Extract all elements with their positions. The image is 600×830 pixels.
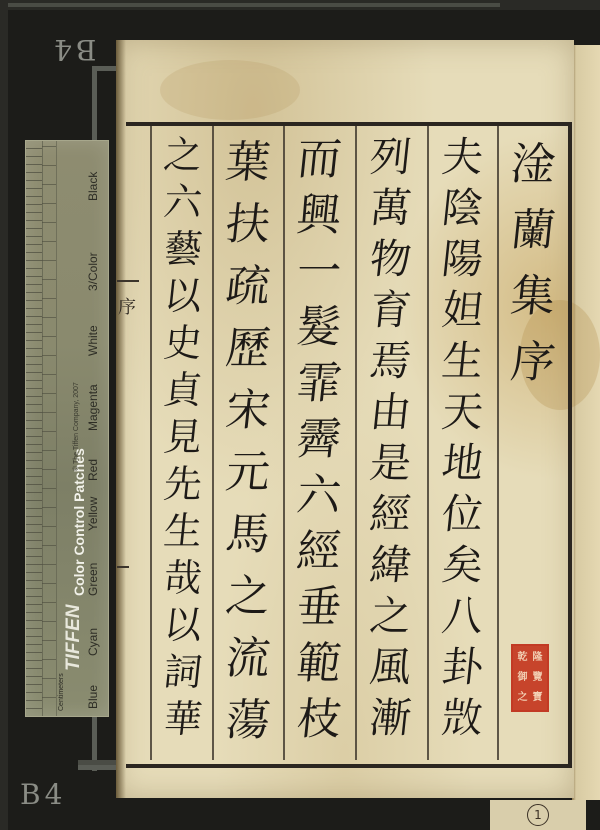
seal-char: 覽 — [530, 668, 545, 688]
calligraphy-char: 扶 — [223, 194, 274, 256]
calligraphy-char: 蕩 — [223, 690, 274, 752]
calligraphy-char: 風 — [367, 642, 413, 693]
calligraphy-char: 六 — [294, 468, 344, 524]
calligraphy-char: 蘭 — [508, 198, 559, 264]
strip-patch-magenta: Magenta — [86, 384, 100, 431]
calligraphy-char: 陰 — [439, 183, 485, 234]
calligraphy-char: 序 — [508, 330, 559, 396]
calligraphy-char: 哉 — [162, 555, 205, 602]
calligraphy-char: 宋 — [223, 380, 274, 442]
calligraphy-char: 之 — [162, 132, 205, 179]
calligraphy-char: 地 — [439, 438, 485, 489]
calligraphy-char: 興 — [294, 188, 344, 244]
page-tab-mark: 1 — [527, 804, 549, 826]
calligraphy-char: 經 — [294, 524, 344, 580]
strip-patch-yellow: Yellow — [86, 497, 100, 531]
background-label-bottom: B4 — [20, 778, 66, 811]
calligraphy-char: 髮 — [294, 300, 344, 356]
strip-patch-blue: Blue — [86, 685, 100, 709]
calligraphy-char: 流 — [223, 628, 274, 690]
calligraphy-char: 焉 — [367, 336, 413, 387]
calligraphy-char: 一 — [294, 244, 344, 300]
calligraphy-char: 藝 — [162, 226, 205, 273]
calligraphy-char: 歷 — [223, 318, 274, 380]
strip-patch-green: Green — [86, 563, 100, 596]
calligraphy-char: 緯 — [367, 540, 413, 591]
calligraphy-char: 經 — [367, 489, 413, 540]
calligraphy-char: 八 — [439, 591, 485, 642]
calligraphy-char: 疏 — [223, 256, 274, 318]
calligraphy-char: 淦 — [508, 132, 559, 198]
inch-ruler — [26, 141, 43, 716]
calligraphy-char: 元 — [223, 442, 274, 504]
strip-copyright: © The Tiffen Company, 2007 — [73, 382, 80, 471]
calligraphy-char: 陽 — [439, 234, 485, 285]
calligraphy-char: 生 — [439, 336, 485, 387]
fold-page-number-mark — [117, 566, 129, 568]
fold-marker-char: 序 — [118, 293, 136, 319]
calligraphy-char: 而 — [294, 132, 344, 188]
seal-char: 御 — [515, 668, 530, 688]
calligraphy-char: 先 — [162, 461, 205, 508]
calligraphy-char: 天 — [439, 387, 485, 438]
calligraphy-char: 由 — [367, 387, 413, 438]
strip-patch-3color: 3/Color — [86, 252, 100, 291]
calligraphy-char: 位 — [439, 489, 485, 540]
fold-marker-rule — [117, 280, 139, 282]
column-rule — [427, 126, 429, 760]
strip-patch-white: White — [86, 325, 100, 356]
column-rule — [212, 126, 214, 760]
column-rule — [150, 126, 152, 760]
background-bracket-bottom — [78, 760, 118, 770]
calligraphy-char: 漸 — [367, 693, 413, 744]
text-column: 列萬物育焉由是經緯之風漸 — [362, 132, 418, 752]
seal-char: 之 — [515, 688, 530, 708]
strip-units-label: Centimeters — [58, 673, 65, 711]
calligraphy-char: 葉 — [223, 132, 274, 194]
strip-patch-red: Red — [86, 459, 100, 481]
calligraphy-char: 之 — [223, 566, 274, 628]
calligraphy-char: 之 — [367, 591, 413, 642]
centimeter-ruler — [42, 141, 57, 716]
text-column: 而興一髮霏霽六經垂範枝 — [291, 132, 347, 752]
calligraphy-char: 矣 — [439, 540, 485, 591]
column-rule — [497, 126, 499, 760]
calligraphy-char: 夫 — [439, 132, 485, 183]
background-left-border — [0, 0, 8, 830]
calligraphy-char: 見 — [162, 414, 205, 461]
seal-char: 隆 — [530, 648, 545, 668]
text-column: 夫陰陽妲生天地位矣八卦𣁋 — [434, 132, 490, 752]
strip-patch-cyan: Cyan — [86, 628, 100, 656]
calligraphy-char: 卦 — [439, 642, 485, 693]
column-rule — [355, 126, 357, 760]
calligraphy-char: 枝 — [294, 692, 344, 748]
water-stain — [160, 60, 300, 120]
calligraphy-char: 六 — [162, 179, 205, 226]
color-control-strip: Centimeters TIFFEN Color Control Patches… — [25, 140, 109, 717]
calligraphy-char: 生 — [162, 508, 205, 555]
seal-char: 乾 — [515, 648, 530, 668]
calligraphy-char: 範 — [294, 636, 344, 692]
calligraphy-char: 物 — [367, 234, 413, 285]
calligraphy-char: 是 — [367, 438, 413, 489]
background-top-rule — [0, 3, 500, 7]
page-gutter-shadow — [116, 40, 126, 798]
calligraphy-char: 𣁋 — [439, 693, 485, 744]
strip-patch-black: Black — [86, 172, 100, 201]
text-column: 葉扶疏歷宋元馬之流蕩 — [220, 132, 276, 752]
calligraphy-char: 育 — [367, 285, 413, 336]
calligraphy-char: 妲 — [439, 285, 485, 336]
calligraphy-char: 以 — [162, 602, 205, 649]
calligraphy-char: 以 — [162, 273, 205, 320]
text-column: 之六藝以史貞見先生哉以詞華 — [155, 132, 211, 752]
calligraphy-char: 垂 — [294, 580, 344, 636]
calligraphy-char: 貞 — [162, 367, 205, 414]
background-top-border — [0, 0, 600, 10]
calligraphy-char: 列 — [367, 132, 413, 183]
background-label-top: B4 — [50, 33, 96, 66]
seal-char: 寶 — [530, 688, 545, 708]
calligraphy-char: 詞 — [162, 649, 205, 696]
calligraphy-char: 霽 — [294, 412, 344, 468]
strip-brand: TIFFEN — [63, 605, 85, 672]
calligraphy-char: 萬 — [367, 183, 413, 234]
calligraphy-char: 霏 — [294, 356, 344, 412]
calligraphy-char: 集 — [508, 264, 559, 330]
calligraphy-char: 華 — [162, 696, 205, 743]
calligraphy-char: 馬 — [223, 504, 274, 566]
calligraphy-char: 史 — [162, 320, 205, 367]
column-rule — [283, 126, 285, 760]
next-page-edge — [572, 45, 600, 800]
red-seal-stamp: 乾 隆 御 覽 之 寶 — [511, 644, 549, 712]
